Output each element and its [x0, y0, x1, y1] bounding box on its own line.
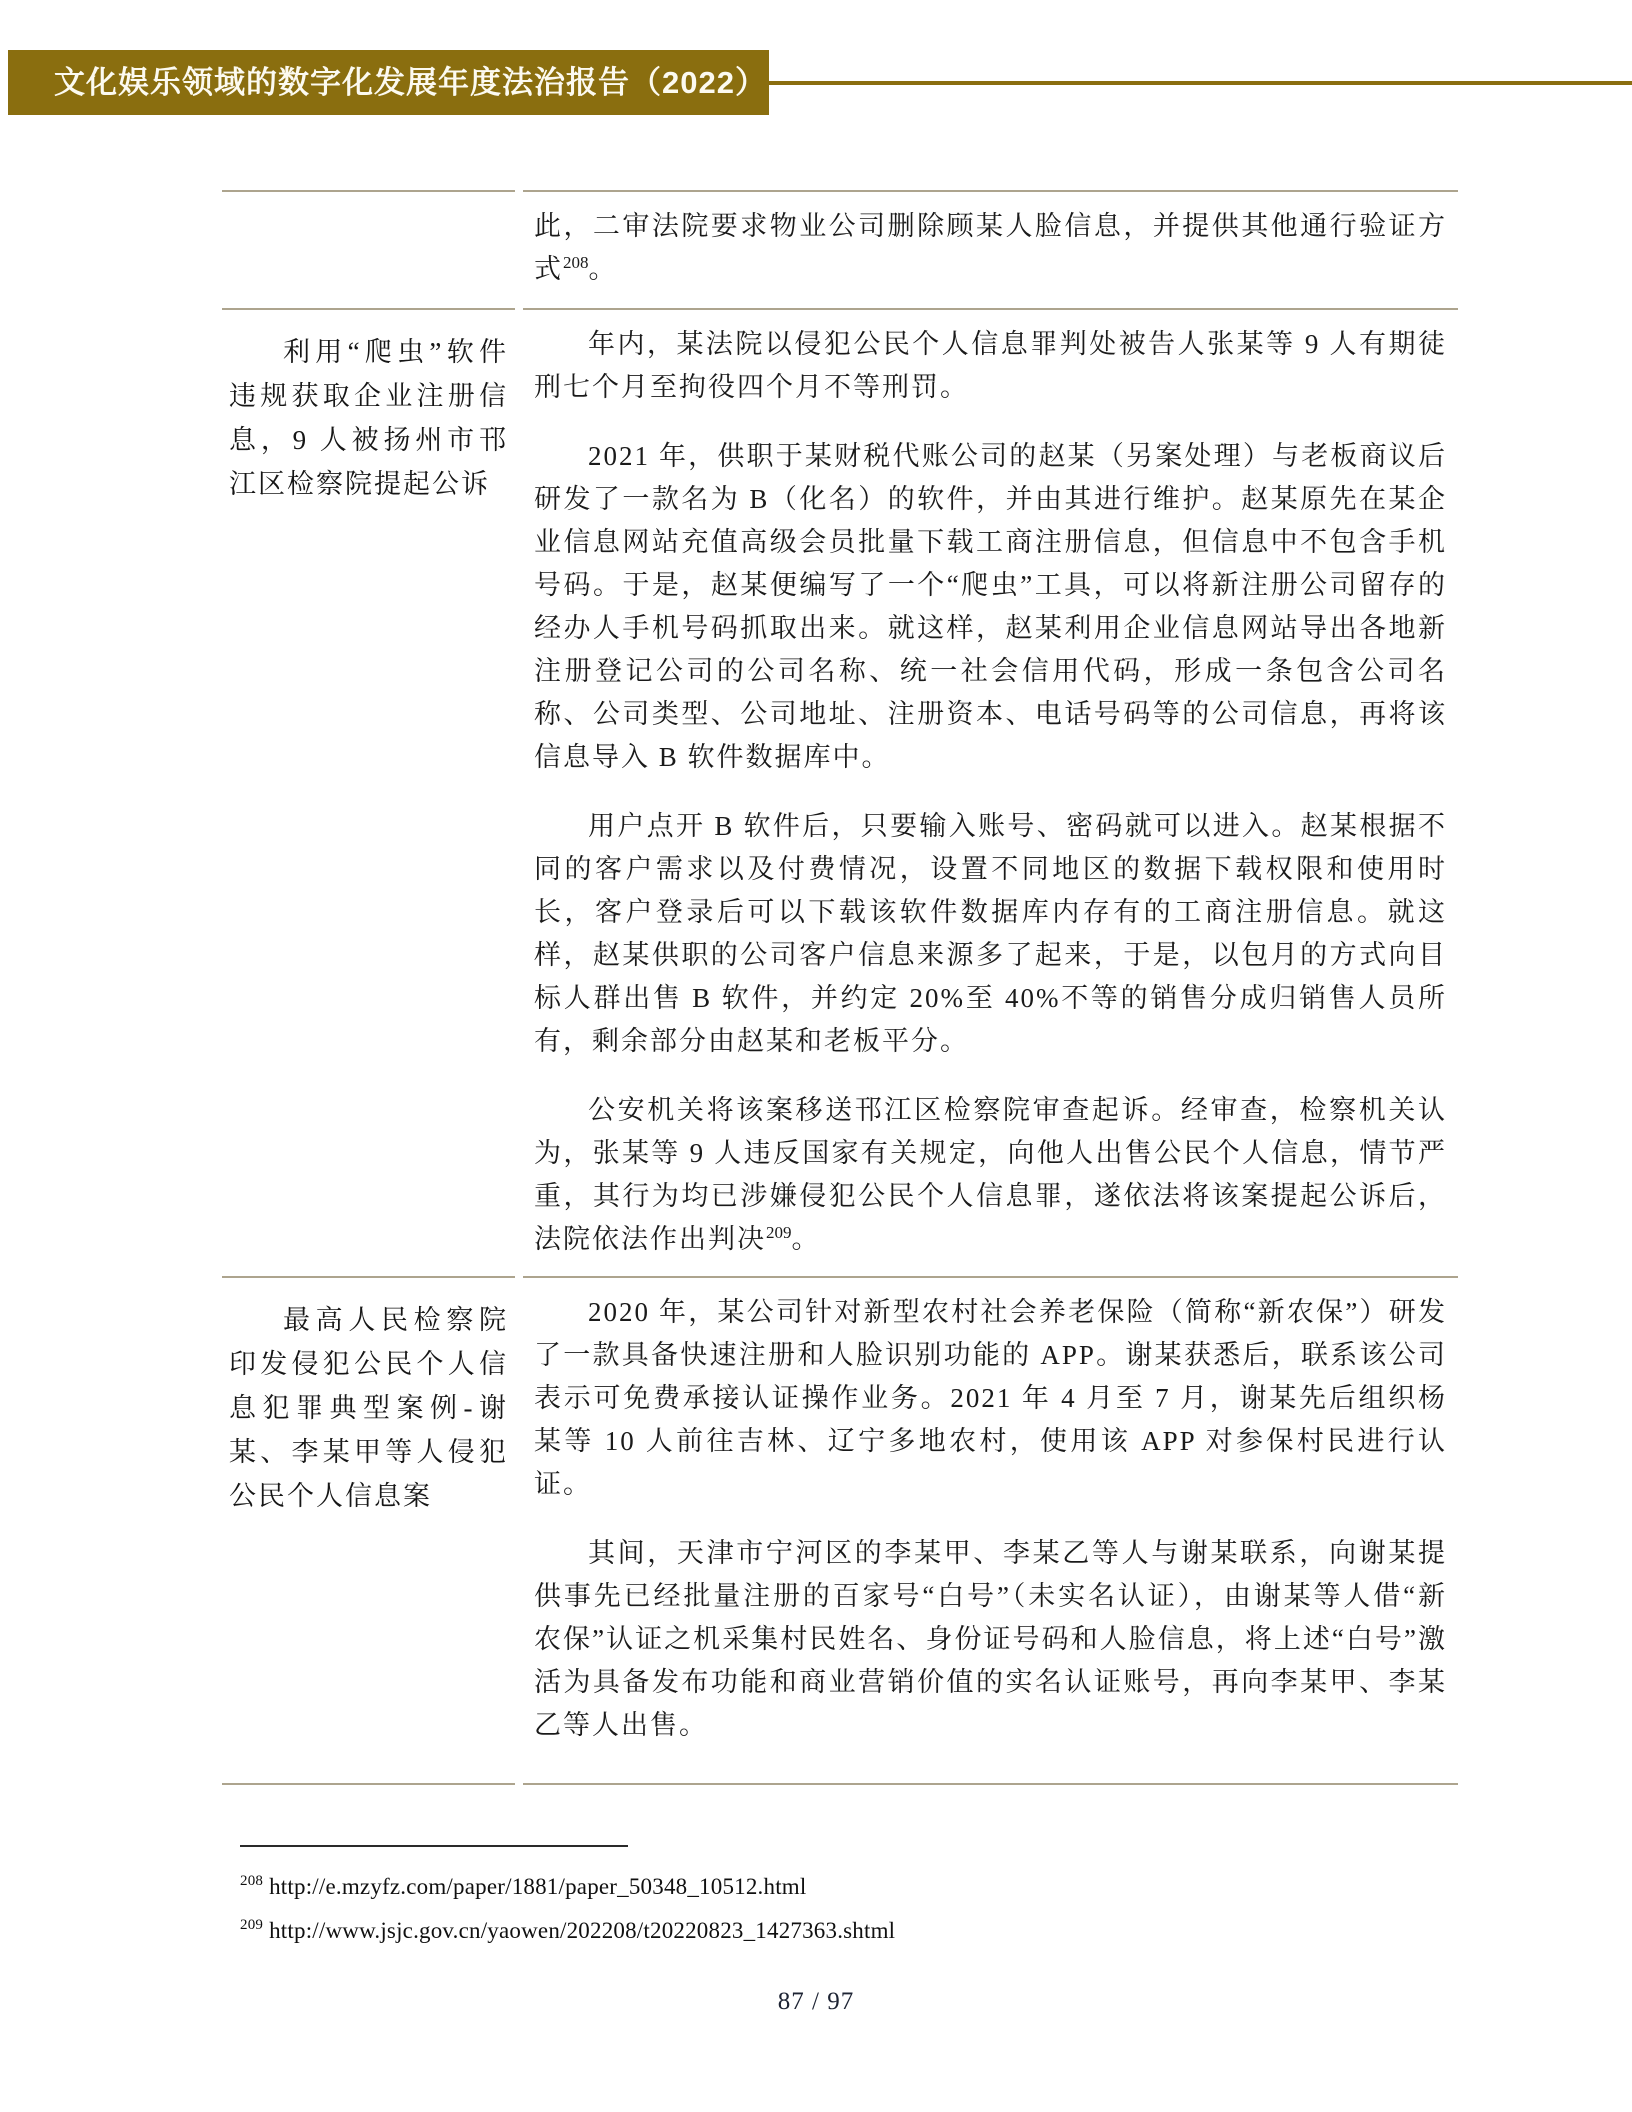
paragraph-text: 用户点开 B 软件后，只要输入账号、密码就可以进入。赵某根据不同的客户需求以及付…: [534, 811, 1447, 1056]
footnote-number: 209: [240, 1917, 263, 1933]
case-heading-cell: 利用“爬虫”软件违规获取企业注册信息，9 人被扬州市邗江区检察院提起公诉: [222, 310, 515, 1278]
page-number: 87 / 97: [0, 1988, 1632, 2016]
paragraph-text: 2021 年，供职于某财税代账公司的赵某（另案处理）与老板商议后研发了一款名为 …: [534, 441, 1447, 772]
footnote-url: http://e.mzyfz.com/paper/1881/paper_5034…: [269, 1874, 806, 1899]
case-body-cell: 此，二审法院要求物业公司删除顾某人脸信息，并提供其他通行验证方式208。: [523, 190, 1458, 310]
body-paragraph: 公安机关将该案移送邗江区检察院审查起诉。经审查，检察机关认为，张某等 9 人违反…: [534, 1089, 1447, 1261]
body-paragraph: 用户点开 B 软件后，只要输入账号、密码就可以进入。赵某根据不同的客户需求以及付…: [534, 805, 1447, 1063]
paragraph-text: 年内，某法院以侵犯公民个人信息罪判处被告人张某等 9 人有期徒刑七个月至拘役四个…: [534, 329, 1447, 402]
case-table: 此，二审法院要求物业公司删除顾某人脸信息，并提供其他通行验证方式208。 利用“…: [222, 190, 1458, 1785]
table-row: 最高人民检察院印发侵犯公民个人信息犯罪典型案例-谢某、李某甲等人侵犯公民个人信息…: [222, 1278, 1458, 1785]
case-heading-cell: 最高人民检察院印发侵犯公民个人信息犯罪典型案例-谢某、李某甲等人侵犯公民个人信息…: [222, 1278, 515, 1785]
footnote-separator-rule: [240, 1845, 628, 1847]
document-page: { "header": { "title": "文化娱乐领域的数字化发展年度法治…: [0, 0, 1632, 2112]
footnote-ref: 209: [766, 1223, 792, 1242]
case-body-cell: 2020 年，某公司针对新型农村社会养老保险（简称“新农保”）研发了一款具备快速…: [523, 1278, 1458, 1785]
body-paragraph: 此，二审法院要求物业公司删除顾某人脸信息，并提供其他通行验证方式208。: [534, 205, 1447, 291]
paragraph-text: 此，二审法院要求物业公司删除顾某人脸信息，并提供其他通行验证方式: [534, 211, 1447, 284]
body-paragraph: 2020 年，某公司针对新型农村社会养老保险（简称“新农保”）研发了一款具备快速…: [534, 1291, 1447, 1506]
body-paragraph: 2021 年，供职于某财税代账公司的赵某（另案处理）与老板商议后研发了一款名为 …: [534, 435, 1447, 779]
case-heading-cell: [222, 190, 515, 310]
paragraph-tail: 。: [589, 254, 618, 284]
paragraph-tail: 。: [792, 1224, 821, 1254]
paragraph-text: 公安机关将该案移送邗江区检察院审查起诉。经审查，检察机关认为，张某等 9 人违反…: [534, 1095, 1447, 1254]
report-title: 文化娱乐领域的数字化发展年度法治报告（2022）: [54, 65, 767, 100]
footnote-item: 209http://www.jsjc.gov.cn/yaowen/202208/…: [240, 1909, 895, 1953]
paragraph-text: 2020 年，某公司针对新型农村社会养老保险（简称“新农保”）研发了一款具备快速…: [534, 1297, 1447, 1499]
footnote-ref: 208: [563, 253, 589, 272]
body-paragraph: 年内，某法院以侵犯公民个人信息罪判处被告人张某等 9 人有期徒刑七个月至拘役四个…: [534, 323, 1447, 409]
table-row: 利用“爬虫”软件违规获取企业注册信息，9 人被扬州市邗江区检察院提起公诉 年内，…: [222, 310, 1458, 1278]
table-row: 此，二审法院要求物业公司删除顾某人脸信息，并提供其他通行验证方式208。: [222, 190, 1458, 310]
case-heading: 最高人民检察院印发侵犯公民个人信息犯罪典型案例-谢某、李某甲等人侵犯公民个人信息…: [229, 1298, 508, 1518]
body-paragraph: 其间，天津市宁河区的李某甲、李某乙等人与谢某联系，向谢某提供事先已经批量注册的百…: [534, 1532, 1447, 1747]
header-rule: [769, 81, 1632, 85]
footnote-url: http://www.jsjc.gov.cn/yaowen/202208/t20…: [269, 1918, 895, 1943]
paragraph-text: 其间，天津市宁河区的李某甲、李某乙等人与谢某联系，向谢某提供事先已经批量注册的百…: [534, 1538, 1447, 1740]
report-title-banner: 文化娱乐领域的数字化发展年度法治报告（2022）: [8, 50, 769, 115]
footnote-item: 208http://e.mzyfz.com/paper/1881/paper_5…: [240, 1865, 895, 1909]
footnotes-section: 208http://e.mzyfz.com/paper/1881/paper_5…: [240, 1845, 895, 1953]
footnote-number: 208: [240, 1873, 263, 1889]
case-heading: 利用“爬虫”软件违规获取企业注册信息，9 人被扬州市邗江区检察院提起公诉: [229, 330, 508, 506]
case-body-cell: 年内，某法院以侵犯公民个人信息罪判处被告人张某等 9 人有期徒刑七个月至拘役四个…: [523, 310, 1458, 1278]
